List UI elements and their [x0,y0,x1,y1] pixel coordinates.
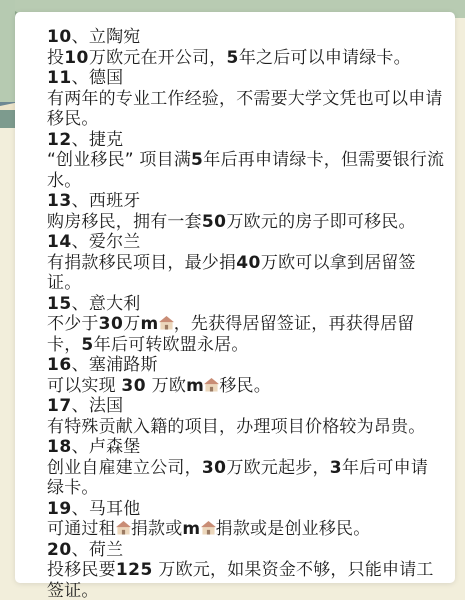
country-name: 荷兰 [89,540,123,560]
list-item: 17、法国 有特殊贡献入籍的项目，办理项目价格较为昂贵。 [47,396,445,437]
list-item: 15、意大利 不少于30万m，先获得居留签证，再获得居留卡，5年后可转欧盟永居。 [47,294,445,356]
enumeration-separator: 、 [72,27,89,47]
list-item: 13、西班牙 购房移民，拥有一套50万欧元的房子即可移民。 [47,191,445,232]
entry-description: 不少于30万m，先获得居留签证，再获得居留卡，5年后可转欧盟永居。 [47,314,445,355]
country-name: 立陶宛 [89,27,141,47]
country-name: 捷克 [89,130,123,150]
entry-heading: 16、塞浦路斯 [47,355,445,376]
entry-number: 19 [47,499,72,519]
entry-heading: 20、荷兰 [47,540,445,561]
enumeration-separator: 、 [72,232,89,252]
entry-heading: 17、法国 [47,396,445,417]
country-list: 10、立陶宛 投10万欧元在开公司，5年之后可以申请绿卡。 11、德国 有两年的… [47,27,445,600]
entry-description: 有特殊贡献入籍的项目，办理项目价格较为昂贵。 [47,417,445,438]
entry-heading: 15、意大利 [47,294,445,315]
enumeration-separator: 、 [72,294,89,314]
list-item: 11、德国 有两年的专业工作经验，不需要大学文凭也可以申请移民。 [47,68,445,130]
enumeration-separator: 、 [72,355,89,375]
entry-heading: 14、爱尔兰 [47,232,445,253]
country-name: 塞浦路斯 [89,355,158,375]
entry-number: 12 [47,130,72,150]
list-item: 14、爱尔兰 有捐款移民项目，最少捐40万欧可以拿到居留签证。 [47,232,445,294]
entry-number: 13 [47,191,72,211]
entry-description: 可通过租捐款或m捐款或是创业移民。 [47,519,445,540]
entry-description: “创业移民” 项目满5年后再申请绿卡，但需要银行流水。 [47,150,445,191]
entry-heading: 12、捷克 [47,130,445,151]
entry-description: 有捐款移民项目，最少捐40万欧可以拿到居留签证。 [47,253,445,294]
entry-description: 可以实现 30 万欧m移民。 [47,376,445,397]
entry-number: 16 [47,355,72,375]
enumeration-separator: 、 [72,68,89,88]
entry-number: 15 [47,294,72,314]
country-name: 爱尔兰 [89,232,141,252]
entry-description: 投移民要125 万欧元，如果资金不够，只能申请工签证。 [47,560,445,600]
entry-number: 11 [47,68,72,88]
entry-number: 17 [47,396,72,416]
entry-number: 14 [47,232,72,252]
country-name: 法国 [89,396,123,416]
content-card: 10、立陶宛 投10万欧元在开公司，5年之后可以申请绿卡。 11、德国 有两年的… [15,12,455,583]
house-icon [159,316,174,330]
country-name: 西班牙 [89,191,141,211]
entry-description: 投10万欧元在开公司，5年之后可以申请绿卡。 [47,48,445,69]
entry-heading: 13、西班牙 [47,191,445,212]
list-item: 20、荷兰 投移民要125 万欧元，如果资金不够，只能申请工签证。 [47,540,445,600]
enumeration-separator: 、 [72,191,89,211]
enumeration-separator: 、 [72,499,89,519]
entry-heading: 18、卢森堡 [47,437,445,458]
entry-number: 18 [47,437,72,457]
list-item: 19、马耳他 可通过租捐款或m捐款或是创业移民。 [47,499,445,540]
enumeration-separator: 、 [72,130,89,150]
enumeration-separator: 、 [72,437,89,457]
entry-number: 20 [47,540,72,560]
decorative-right-green-shape [0,0,15,102]
house-icon [116,521,131,535]
entry-description: 创业自雇建立公司，30万欧元起步，3年后可申请绿卡。 [47,458,445,499]
list-item: 16、塞浦路斯 可以实现 30 万欧m移民。 [47,355,445,396]
list-item: 10、立陶宛 投10万欧元在开公司，5年之后可以申请绿卡。 [47,27,445,68]
infographic-page: 10、立陶宛 投10万欧元在开公司，5年之后可以申请绿卡。 11、德国 有两年的… [0,0,465,600]
house-icon [204,378,219,392]
entry-description: 有两年的专业工作经验，不需要大学文凭也可以申请移民。 [47,89,445,130]
enumeration-separator: 、 [72,396,89,416]
entry-number: 10 [47,27,72,47]
entry-heading: 10、立陶宛 [47,27,445,48]
country-name: 马耳他 [89,499,141,519]
country-name: 卢森堡 [89,437,141,457]
country-name: 德国 [89,68,123,88]
list-item: 12、捷克 “创业移民” 项目满5年后再申请绿卡，但需要银行流水。 [47,130,445,192]
entry-heading: 11、德国 [47,68,445,89]
country-name: 意大利 [89,294,141,314]
list-item: 18、卢森堡 创业自雇建立公司，30万欧元起步，3年后可申请绿卡。 [47,437,445,499]
house-icon [201,521,216,535]
entry-description: 购房移民，拥有一套50万欧元的房子即可移民。 [47,212,445,233]
entry-heading: 19、马耳他 [47,499,445,520]
enumeration-separator: 、 [72,540,89,560]
